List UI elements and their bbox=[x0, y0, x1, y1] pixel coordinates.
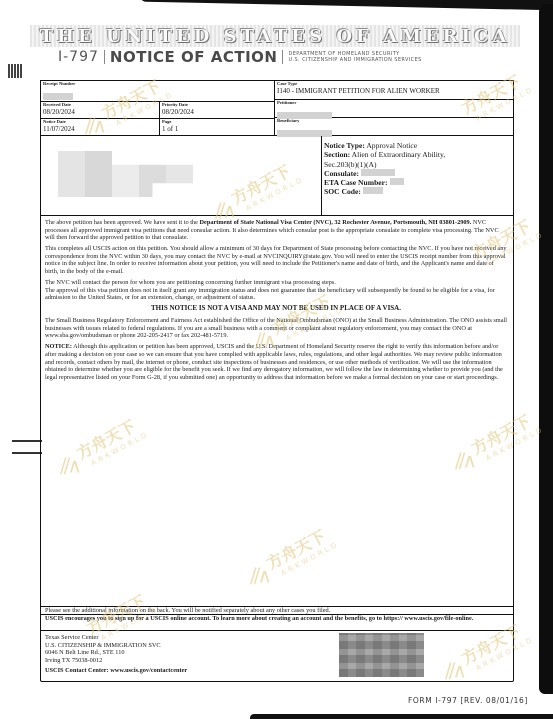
notice-date-value: 11/07/2024 bbox=[41, 125, 159, 133]
case-type-value: I140 - IMMIGRANT PETITION FOR ALIEN WORK… bbox=[275, 87, 513, 95]
eta-label: ETA Case Number: bbox=[324, 178, 388, 187]
margin-mark bbox=[12, 452, 42, 454]
service-center-address: Texas Service Center U.S. CITIZENSHIP & … bbox=[45, 634, 161, 664]
notice-body: The above petition has been approved. We… bbox=[45, 219, 507, 385]
petitioner-label: Petitioner bbox=[275, 100, 513, 106]
notice-details: Notice Type: Approval Notice Section: Al… bbox=[324, 141, 445, 197]
paragraph-verification: NOTICE: Although this application or pet… bbox=[45, 343, 507, 381]
priority-date-field: Priority Date 08/20/2024 bbox=[160, 102, 274, 119]
eta-case-number: ETA Case Number: bbox=[324, 178, 445, 187]
receipt-number-label: Receipt Number bbox=[41, 81, 274, 87]
section-divider bbox=[41, 215, 513, 216]
consulate: Consulate: bbox=[324, 169, 445, 178]
section-value-code: Sec.203(b)(1)(A) bbox=[324, 160, 445, 169]
title-divider bbox=[282, 50, 283, 64]
eta-redacted bbox=[390, 178, 404, 185]
notice-form: Receipt Number Case Type I140 - IMMIGRAN… bbox=[40, 80, 514, 682]
paragraph-ombudsman: The Small Business Regulatory Enforcemen… bbox=[45, 317, 507, 340]
form-number: I-797 bbox=[58, 49, 99, 65]
soc-redacted bbox=[363, 187, 383, 194]
service-center-street: 6046 N Belt Line Rd., STE 110 bbox=[45, 649, 161, 657]
notice-type-value: Approval Notice bbox=[366, 141, 417, 150]
not-a-visa-warning: THIS NOTICE IS NOT A VISA AND MAY NOT BE… bbox=[45, 305, 507, 313]
petitioner-field: Petitioner bbox=[275, 100, 513, 118]
beneficiary-redacted bbox=[277, 130, 332, 137]
notice-label: NOTICE: bbox=[45, 343, 72, 350]
page-value: 1 of 1 bbox=[160, 125, 274, 133]
section-label: Section: bbox=[324, 150, 350, 159]
priority-date-value: 08/20/2024 bbox=[160, 108, 274, 116]
margin-mark bbox=[12, 440, 42, 442]
online-account-notice: USCIS encourages you to sign up for a US… bbox=[41, 614, 513, 631]
service-center-city: Irving TX 75038-0012 bbox=[45, 657, 161, 665]
scan-shadow-right bbox=[539, 4, 553, 694]
nvc-address: Department of State National Visa Center… bbox=[199, 219, 471, 226]
form-revision: FORM I-797 [REV. 08/01/16] bbox=[408, 696, 528, 705]
form-title: NOTICE OF ACTION bbox=[110, 48, 278, 66]
received-date-field: Received Date 08/20/2024 bbox=[41, 102, 159, 119]
header-banner: THE UNITED STATES OF AMERICA bbox=[30, 25, 520, 47]
datamatrix-barcode bbox=[8, 64, 23, 78]
consulate-redacted bbox=[361, 169, 395, 176]
barcode-redacted bbox=[339, 633, 424, 677]
service-center-org: U.S. CITIZENSHIP & IMMIGRATION SVC bbox=[45, 642, 161, 650]
receipt-number-redacted bbox=[43, 93, 73, 100]
notice-type-label: Notice Type: bbox=[324, 141, 365, 150]
paragraph-processing: This completes all USCIS action on this … bbox=[45, 245, 507, 275]
p5-text: Although this application or petition ha… bbox=[45, 343, 503, 380]
form-title-row: I-797 NOTICE OF ACTION DEPARTMENT OF HOM… bbox=[58, 48, 422, 66]
beneficiary-label: Beneficiary bbox=[275, 118, 513, 124]
section-value: Alien of Extraordinary Ability, bbox=[352, 150, 446, 159]
case-type-field: Case Type I140 - IMMIGRANT PETITION FOR … bbox=[275, 81, 513, 100]
soc-code: SOC Code: bbox=[324, 187, 445, 196]
page-field: Page 1 of 1 bbox=[160, 119, 274, 136]
section: Section: Alien of Extraordinary Ability, bbox=[324, 150, 445, 159]
beneficiary-field: Beneficiary bbox=[275, 118, 513, 136]
title-divider bbox=[104, 50, 105, 64]
paragraph-nvc: The above petition has been approved. We… bbox=[45, 219, 507, 242]
receipt-number-field: Receipt Number bbox=[41, 81, 274, 102]
p1-text: The above petition has been approved. We… bbox=[45, 219, 199, 226]
scan-shadow-bottom bbox=[250, 714, 553, 719]
received-date-value: 08/20/2024 bbox=[41, 108, 159, 116]
notice-divider bbox=[321, 136, 322, 215]
notice-date-field: Notice Date 11/07/2024 bbox=[41, 119, 159, 136]
paragraph-approval-scope: The approval of this visa petition does … bbox=[45, 287, 507, 302]
paragraph-nvc-contact: The NVC will contact the person for whom… bbox=[45, 279, 507, 287]
scan-shadow-top bbox=[140, 0, 553, 10]
contact-center-link: USCIS Contact Center: www.uscis.gov/cont… bbox=[45, 667, 187, 674]
mailing-address-redacted bbox=[58, 151, 193, 197]
agency-line-2: U.S. CITIZENSHIP AND IMMIGRATION SERVICE… bbox=[288, 57, 421, 63]
consulate-label: Consulate: bbox=[324, 169, 359, 178]
service-center-name: Texas Service Center bbox=[45, 634, 161, 642]
agency-name: DEPARTMENT OF HOMELAND SECURITY U.S. CIT… bbox=[288, 51, 421, 63]
notice-type: Notice Type: Approval Notice bbox=[324, 141, 445, 150]
soc-label: SOC Code: bbox=[324, 187, 361, 196]
